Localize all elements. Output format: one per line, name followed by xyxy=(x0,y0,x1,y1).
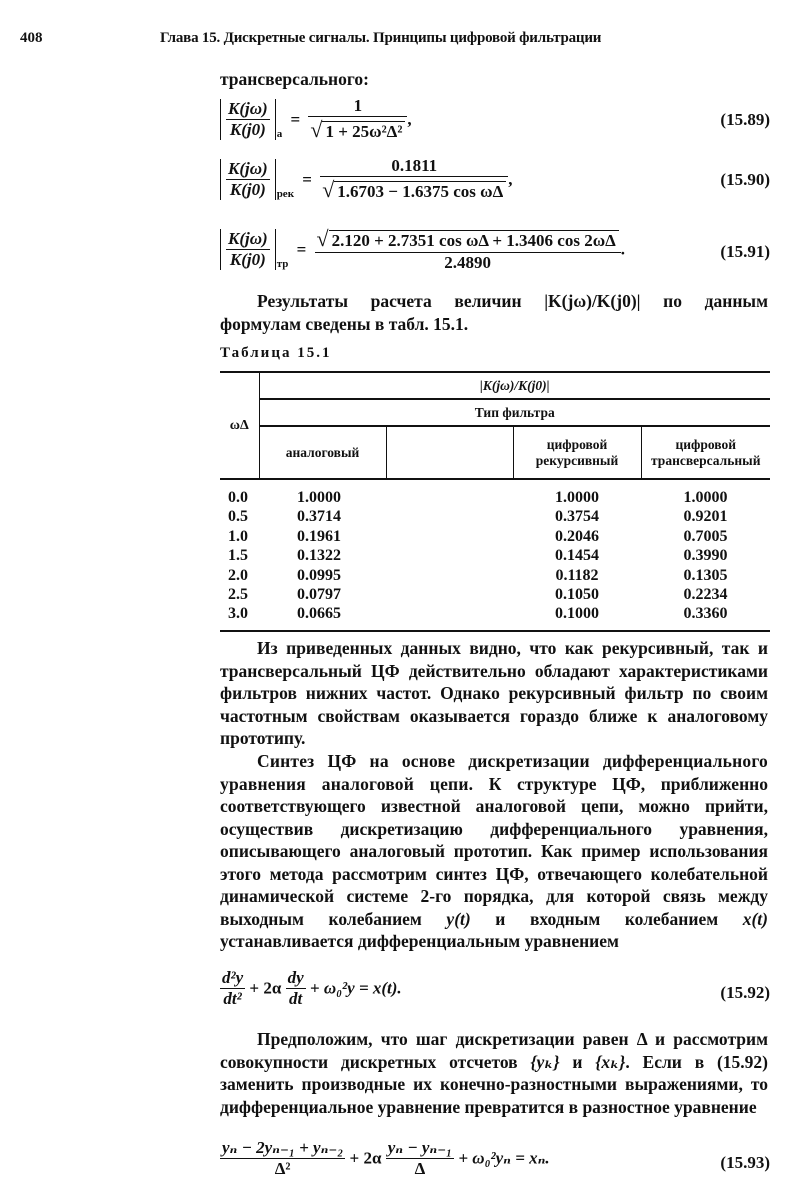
table-cell-wd: 0.0 xyxy=(220,479,259,507)
table-cell-transversal: 1.0000 xyxy=(641,479,770,507)
paragraph-results: Результаты расчета величин |K(jω)/K(j0)|… xyxy=(220,290,768,335)
table-cell-empty xyxy=(386,527,513,546)
table-cell-recursive: 0.1182 xyxy=(513,566,641,585)
table-cell-recursive: 0.1454 xyxy=(513,546,641,565)
equation-15-91: K(jω)K(j0) тр = √2.120 + 2.7351 cos ωΔ +… xyxy=(220,226,770,276)
table-cell-recursive: 0.1050 xyxy=(513,585,641,604)
paragraph-conclusion: Из приведенных данных видно, что как рек… xyxy=(220,637,768,750)
running-title: Глава 15. Дискретные сигналы. Принципы ц… xyxy=(160,30,601,47)
table-cell-transversal: 0.7005 xyxy=(641,527,770,546)
col-header-recursive: цифровойрекурсивный xyxy=(513,426,641,479)
paragraph-synthesis: Синтез ЦФ на основе дискретизации диффер… xyxy=(220,750,768,953)
abs-value-bracket: K(jω)K(j0) xyxy=(220,229,276,270)
page-number: 408 xyxy=(20,30,43,47)
table-bottom-rule xyxy=(220,630,770,632)
table-cell-transversal: 0.3990 xyxy=(641,546,770,565)
equation-number: (15.91) xyxy=(720,242,770,262)
table-row: 2.50.07970.10500.2234 xyxy=(220,585,770,604)
table-cell-recursive: 0.2046 xyxy=(513,527,641,546)
abs-value-bracket: K(jω)K(j0) xyxy=(220,159,276,200)
table-row: 1.00.19610.20460.7005 xyxy=(220,527,770,546)
table-cell-empty xyxy=(386,479,513,507)
paragraph-assume: Предположим, что шаг дискретизации равен… xyxy=(220,1028,768,1118)
table-cell-wd: 1.0 xyxy=(220,527,259,546)
col-header-analog: аналоговый xyxy=(259,426,386,479)
abs-value-bracket: K(jω)K(j0) xyxy=(220,99,276,140)
col-header-transversal: цифровойтрансверсальный xyxy=(641,426,770,479)
table-15-1: ωΔ |K(jω)/K(j0)| Тип фильтра аналоговый … xyxy=(220,371,770,632)
table-cell-empty xyxy=(386,507,513,526)
table-caption: Таблица 15.1 xyxy=(220,345,331,362)
table-cell-empty xyxy=(386,585,513,604)
table-row: 0.50.37140.37540.9201 xyxy=(220,507,770,526)
table-cell-wd: 2.0 xyxy=(220,566,259,585)
table-cell-analog: 0.1961 xyxy=(259,527,386,546)
table-cell-wd: 3.0 xyxy=(220,604,259,623)
intro-line: трансверсального: xyxy=(220,68,768,91)
table-row: 0.01.00001.00001.0000 xyxy=(220,479,770,507)
table-cell-analog: 0.0665 xyxy=(259,604,386,623)
table-cell-recursive: 0.1000 xyxy=(513,604,641,623)
equation-15-93: yₙ − 2yₙ₋₁ + yₙ₋₂Δ² + 2α yₙ − yₙ₋₁Δ + ω₀… xyxy=(220,1138,770,1188)
equation-number: (15.92) xyxy=(720,983,770,1003)
table-cell-analog: 0.0797 xyxy=(259,585,386,604)
equation-15-92: d²ydt² + 2α dydt + ω₀²y = x(t). (15.92) xyxy=(220,968,770,1018)
table-cell-transversal: 0.3360 xyxy=(641,604,770,623)
table-cell-empty xyxy=(386,546,513,565)
equation-number: (15.90) xyxy=(720,170,770,190)
equation-15-89: K(jω)K(j0) а = 1√1 + 25ω²Δ², (15.89) xyxy=(220,96,770,146)
subgroup-header: Тип фильтра xyxy=(259,399,770,426)
table-row: 2.00.09950.11820.1305 xyxy=(220,566,770,585)
table-cell-recursive: 0.3754 xyxy=(513,507,641,526)
table-cell-transversal: 0.1305 xyxy=(641,566,770,585)
equation-number: (15.93) xyxy=(720,1153,770,1173)
col-header-empty xyxy=(386,426,513,479)
table-cell-analog: 0.1322 xyxy=(259,546,386,565)
table-row: 3.00.06650.10000.3360 xyxy=(220,604,770,623)
table-cell-transversal: 0.2234 xyxy=(641,585,770,604)
table-cell-wd: 0.5 xyxy=(220,507,259,526)
equation-number: (15.89) xyxy=(720,110,770,130)
row-header-wd: ωΔ xyxy=(220,372,259,479)
table-cell-recursive: 1.0000 xyxy=(513,479,641,507)
table-cell-analog: 0.0995 xyxy=(259,566,386,585)
table-row: 1.50.13220.14540.3990 xyxy=(220,546,770,565)
table-cell-analog: 1.0000 xyxy=(259,479,386,507)
table-cell-wd: 1.5 xyxy=(220,546,259,565)
table-cell-empty xyxy=(386,566,513,585)
equation-15-90: K(jω)K(j0) рек = 0.1811√1.6703 − 1.6375 … xyxy=(220,156,770,206)
table-cell-transversal: 0.9201 xyxy=(641,507,770,526)
group-header: |K(jω)/K(j0)| xyxy=(259,372,770,399)
table-cell-empty xyxy=(386,604,513,623)
table-cell-analog: 0.3714 xyxy=(259,507,386,526)
intro-text: трансверсального: xyxy=(220,69,369,89)
table-cell-wd: 2.5 xyxy=(220,585,259,604)
